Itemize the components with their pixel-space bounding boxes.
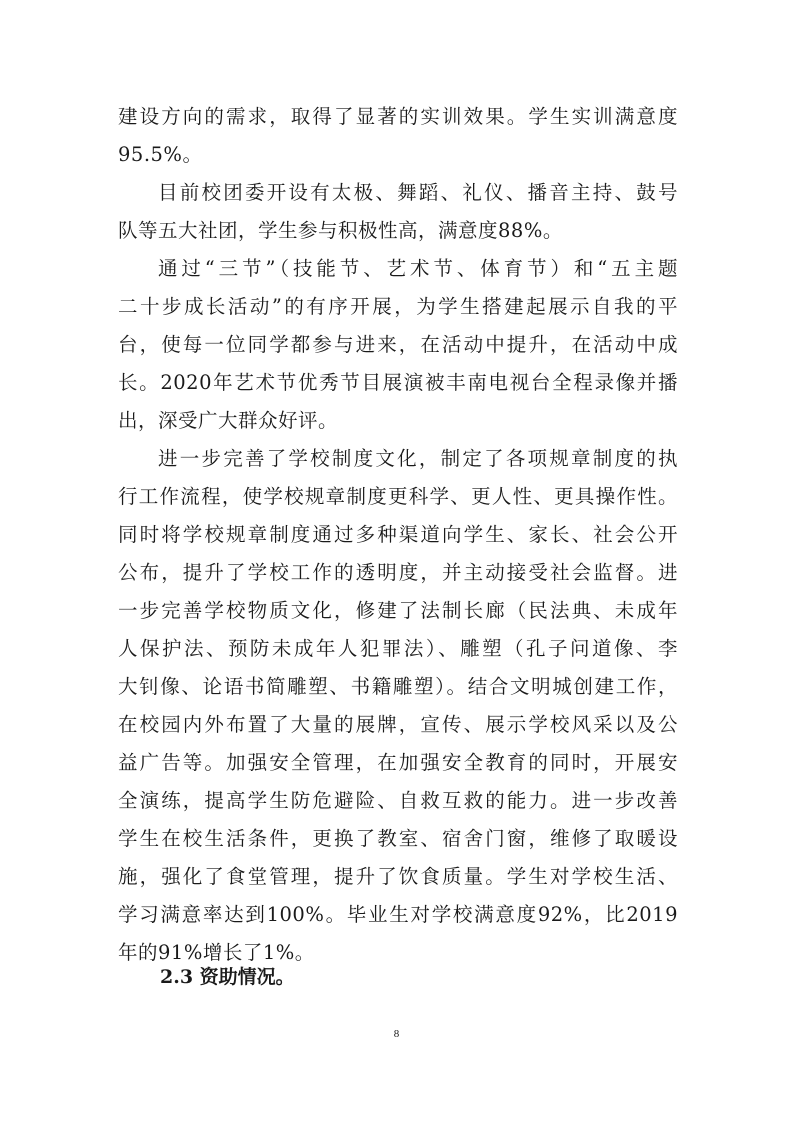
paragraph-line: 人保护法、预防未成年人犯罪法）、雕塑（孔子问道像、李 (118, 634, 678, 664)
paragraph-line: 通过“三节”（技能节、艺术节、体育节）和“五主题 (158, 254, 678, 284)
paragraph-line: 建设方向的需求，取得了显著的实训效果。学生实训满意度 (118, 102, 678, 132)
paragraph-line: 大钊像、论语书简雕塑、书籍雕塑）。结合文明城创建工作， (118, 672, 678, 702)
paragraph-line: 学生在校生活条件，更换了教室、宿舍门窗，维修了取暖设 (118, 824, 678, 854)
paragraph-line: 长。2020年艺术节优秀节目展演被丰南电视台全程录像并播 (118, 368, 678, 398)
section-heading: 2.3 资助情况。 (160, 962, 295, 992)
paragraph-line: 进一步完善了学校制度文化，制定了各项规章制度的执 (158, 444, 678, 474)
paragraph-line: 一步完善学校物质文化，修建了法制长廊（民法典、未成年 (118, 596, 678, 626)
paragraph-line: 目前校团委开设有太极、舞蹈、礼仪、播音主持、鼓号 (158, 178, 678, 208)
paragraph-line: 同时将学校规章制度通过多种渠道向学生、家长、社会公开 (118, 520, 678, 550)
paragraph-line: 公布，提升了学校工作的透明度，并主动接受社会监督。进 (118, 558, 678, 588)
paragraph-line: 二十步成长活动”的有序开展，为学生搭建起展示自我的平 (118, 292, 678, 322)
paragraph-line: 全演练，提高学生防危避险、自救互救的能力。进一步改善 (118, 786, 678, 816)
paragraph-line: 行工作流程，使学校规章制度更科学、更人性、更具操作性。 (118, 482, 678, 512)
paragraph-line: 台，使每一位同学都参与进来，在活动中提升，在活动中成 (118, 330, 678, 360)
paragraph-line: 95.5%。 (118, 140, 678, 170)
paragraph-line: 在校园内外布置了大量的展牌，宣传、展示学校风采以及公 (118, 710, 678, 740)
paragraph-line: 队等五大社团，学生参与积极性高，满意度88%。 (118, 216, 678, 246)
paragraph-line: 施，强化了食堂管理，提升了饮食质量。学生对学校生活、 (118, 862, 678, 892)
paragraph-line: 益广告等。加强安全管理，在加强安全教育的同时，开展安 (118, 748, 678, 778)
paragraph-line: 出，深受广大群众好评。 (118, 406, 678, 436)
paragraph-line: 学习满意率达到100%。毕业生对学校满意度92%，比2019 (118, 900, 678, 930)
page-number: 8 (0, 1028, 793, 1040)
